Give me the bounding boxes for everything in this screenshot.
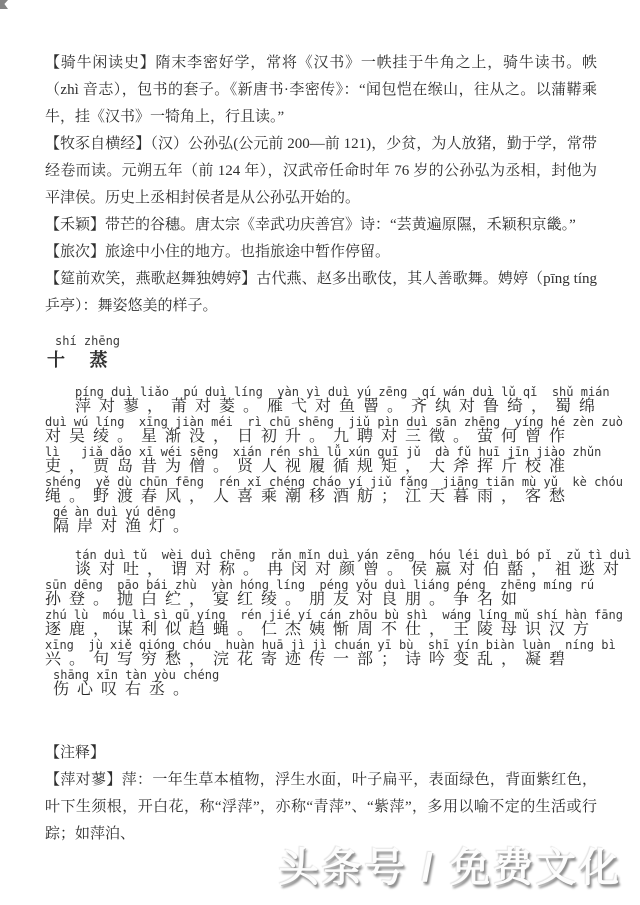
rhyme-line: xīng jù xiě qióng chóu huàn huā jì jì ch… bbox=[45, 639, 597, 668]
rhyme-line-hanzi: 谈对吐，谓对称。冉闵对颜曾。侯嬴对伯嚭，祖逖对 bbox=[45, 562, 597, 578]
rhyme-line: sūn dēng pāo bái zhù yàn hóng líng péng … bbox=[45, 579, 597, 608]
stanza-1: píng duì liǎo pú duì líng yàn yì duì yú … bbox=[45, 386, 597, 535]
rhyme-line: shéng yě dù chūn fēng rén xǐ chéng cháo … bbox=[45, 476, 597, 505]
annotations-header: 【注释】 bbox=[45, 740, 597, 767]
rhyme-line-hanzi: 孙登。抛白纻，宴红绫。朋友对良朋。争名如 bbox=[45, 592, 597, 608]
rhyme-line-hanzi: 伤心叹右丞。 bbox=[45, 682, 597, 698]
note-paragraph-mushi: 【牧豕自横经】（汉）公孙弘(公元前 200—前 121)，少贫，为人放猪，勤于学… bbox=[45, 131, 597, 212]
rhyme-line-hanzi: 对吴绫。星渐没，日初升。九聘对三徵。萤何曾作 bbox=[45, 429, 597, 445]
page-content: 【骑牛闲读史】隋末李密好学，常将《汉书》一帙挂于牛角之上，骑牛读书。帙（zhì … bbox=[0, 0, 640, 848]
rhyme-line: píng duì liǎo pú duì líng yàn yì duì yú … bbox=[45, 386, 597, 415]
rhyme-line: shāng xīn tàn yòu chéng 伤心叹右丞。 bbox=[45, 669, 597, 698]
rhyme-line-hanzi: 逐鹿，谋利似趋蝇。仁杰姨惭周不仕，王陵母识汉方 bbox=[45, 622, 597, 638]
section-title: 十 蒸 bbox=[47, 348, 597, 372]
rhyme-line-hanzi: 绳。野渡春风，人喜乘潮移酒舫；江天暮雨，客愁 bbox=[45, 489, 597, 505]
note-paragraph-qiniu: 【骑牛闲读史】隋末李密好学，常将《汉书》一帙挂于牛角之上，骑牛读书。帙（zhì … bbox=[45, 50, 597, 131]
note-paragraph-yanqian: 【筵前欢笑，燕歌赵舞独娉婷】古代燕、赵多出歌伎，其人善歌舞。娉婷（pīng tí… bbox=[45, 266, 597, 320]
rhyme-line-hanzi: 吏，贾岛昔为僧。贤人视履循规矩，大斧挥斤校准 bbox=[45, 459, 597, 475]
rhyme-line: zhú lù móu lì sì qū yíng rén jié yí cán … bbox=[45, 609, 597, 638]
annotations-section: 【注释】 【萍对蓼】萍：一年生草本植物，浮生水面，叶子扁平，表面绿色，背面紫红色… bbox=[45, 740, 597, 848]
rhyme-line-hanzi: 兴。句写穷愁，浣花寄迹传一部；诗吟变乱，凝碧 bbox=[45, 652, 597, 668]
rhyme-line: duì wú líng xīng jiàn méi rì chū shēng j… bbox=[45, 416, 597, 445]
stanza-2: tán duì tǔ wèi duì chēng rǎn mǐn duì yán… bbox=[45, 549, 597, 698]
section-title-pinyin: shí zhēng bbox=[55, 334, 597, 348]
document-page: 【骑牛闲读史】隋末李密好学，常将《汉书》一帙挂于牛角之上，骑牛读书。帙（zhì … bbox=[0, 0, 640, 905]
rhyme-line-hanzi: 萍对蓼，莆对菱。雁弋对鱼罾。齐纨对鲁绮，蜀绵 bbox=[45, 399, 597, 415]
note-paragraph-heying: 【禾颖】带芒的谷穗。唐太宗《幸武功庆善宫》诗：“芸黄遍原隰，禾颖积京畿。” bbox=[45, 212, 597, 239]
rhyme-line: gé àn duì yú dēng 隔岸对渔灯。 bbox=[45, 506, 597, 535]
rhyme-line: tán duì tǔ wèi duì chēng rǎn mǐn duì yán… bbox=[45, 549, 597, 578]
watermark-toutiao: 头条号 / 免费文化 bbox=[279, 836, 622, 893]
section-title-block: shí zhēng 十 蒸 bbox=[45, 334, 597, 372]
note-paragraph-lvci: 【旅次】旅途中小住的地方。也指旅途中暂作停留。 bbox=[45, 239, 597, 266]
rhyme-line-hanzi: 隔岸对渔灯。 bbox=[45, 519, 597, 535]
rhyme-line: lì jiǎ dǎo xī wéi sēng xián rén shì lǚ x… bbox=[45, 446, 597, 475]
